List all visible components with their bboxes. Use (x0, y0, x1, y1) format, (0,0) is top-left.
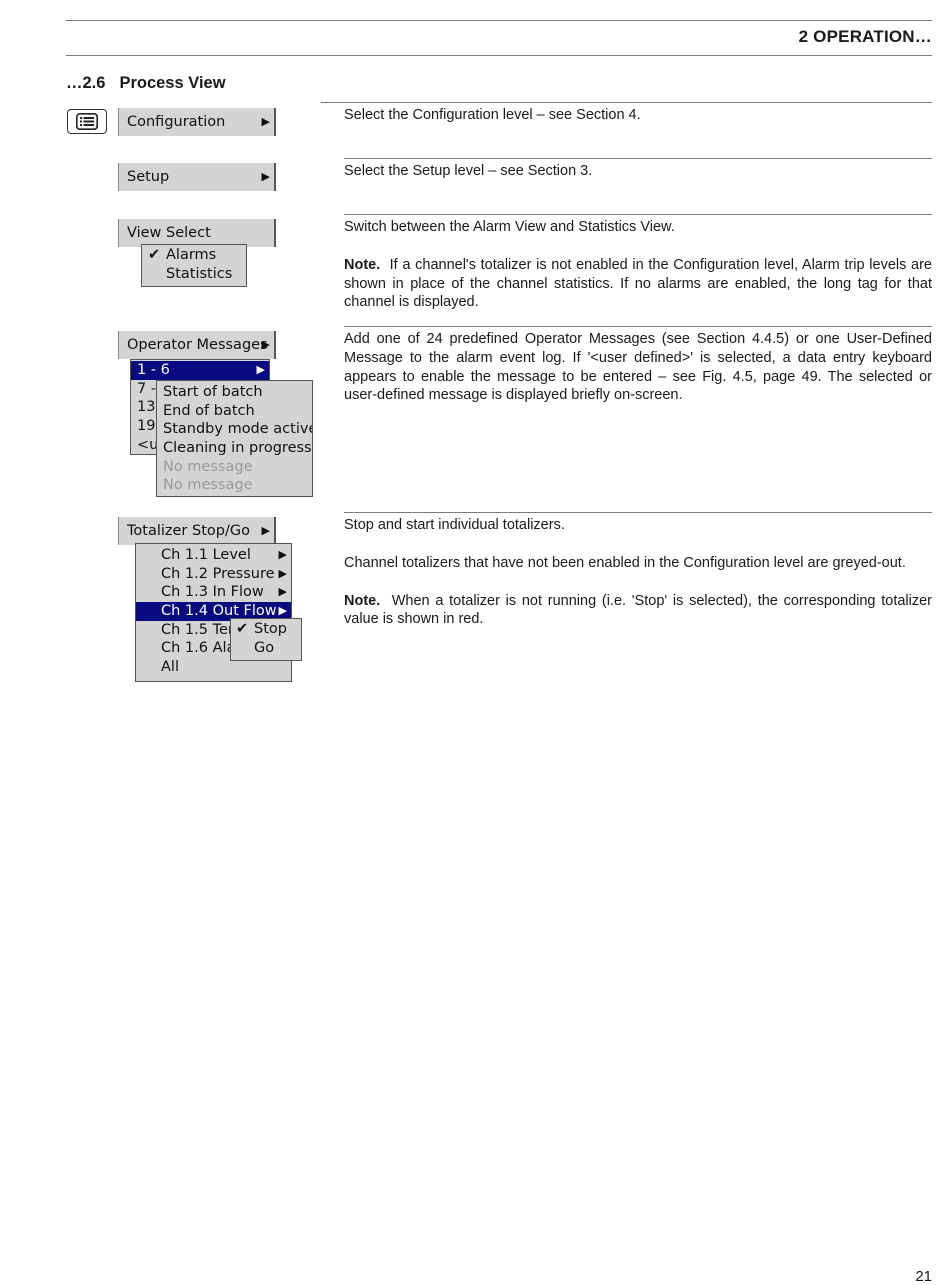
header-top-rule (66, 20, 932, 21)
setup-label: Setup (127, 169, 169, 185)
message-option[interactable]: Start of batch (157, 383, 312, 402)
description-text: Select the Setup level – see Section 3. (344, 162, 932, 181)
channel-option-1-3[interactable]: Ch 1.3 In Flow▶ (136, 583, 291, 602)
message-option-disabled: No message (157, 458, 312, 477)
row-divider (344, 158, 932, 159)
option-label: Stop (254, 621, 287, 637)
description-text: Switch between the Alarm View and Statis… (344, 218, 932, 237)
row-divider (321, 102, 932, 103)
section-name: Process View (119, 74, 225, 92)
description-text: Stop and start individual totalizers. (344, 516, 932, 535)
submenu-arrow-icon: ▶ (262, 108, 270, 136)
range-option-1-6[interactable]: 1 - 6▶ (131, 361, 269, 380)
submenu-arrow-icon: ▶ (262, 163, 270, 191)
totalizer-description: Stop and start individual totalizers. Ch… (344, 516, 932, 648)
option-label: 1 - 6 (137, 362, 170, 378)
submenu-arrow-icon: ▶ (279, 546, 287, 565)
totalizer-channel-submenu: Ch 1.1 Level▶ Ch 1.2 Pressure▶ Ch 1.3 In… (135, 543, 292, 682)
option-label: Go (254, 640, 274, 656)
menu-option-statistics[interactable]: Statistics (142, 265, 246, 284)
setup-menu-item[interactable]: Setup ▶ (118, 163, 276, 191)
option-label: Ch 1.3 In Flow (161, 584, 264, 600)
checkmark-icon: ✔ (236, 620, 254, 639)
section-number: …2.6 (66, 74, 105, 92)
operator-messages-label: Operator Messages (127, 337, 268, 353)
view-select-label: View Select (127, 225, 211, 241)
configuration-description: Select the Configuration level – see Sec… (344, 106, 932, 144)
configuration-menu-item[interactable]: Configuration ▶ (118, 108, 276, 136)
submenu-arrow-icon: ▶ (257, 361, 265, 380)
note: Note. When a totalizer is not running (i… (344, 592, 932, 630)
page-number: 21 (915, 1268, 932, 1285)
message-option[interactable]: End of batch (157, 402, 312, 421)
menu-option-alarms[interactable]: ✔Alarms (142, 246, 246, 265)
option-label: Cleaning in progress (163, 440, 312, 456)
note-label: Note. (344, 593, 380, 609)
submenu-arrow-icon: ▶ (279, 565, 287, 584)
totalizer-label: Totalizer Stop/Go (127, 523, 250, 539)
description-text: Channel totalizers that have not been en… (344, 554, 932, 573)
note-text: If a channel's totalizer is not enabled … (344, 257, 932, 311)
submenu-arrow-icon: ▶ (262, 517, 270, 545)
option-go[interactable]: Go (231, 639, 301, 658)
message-option[interactable]: Cleaning in progress (157, 439, 312, 458)
option-label: Statistics (166, 266, 232, 282)
submenu-arrow-icon: ▶ (279, 583, 287, 602)
operator-messages-description: Add one of 24 predefined Operator Messag… (344, 330, 932, 424)
option-label: Alarms (166, 247, 216, 263)
note-text: When a totalizer is not running (i.e. 'S… (344, 593, 932, 628)
operator-messages-list-submenu: Start of batch End of batch Standby mode… (156, 380, 313, 497)
row-divider (344, 512, 932, 513)
note: Note. If a channel's totalizer is not en… (344, 256, 932, 312)
operator-messages-menu-item[interactable]: Operator Messages ▶ (118, 331, 276, 359)
option-label: Ch 1.2 Pressure (161, 566, 275, 582)
view-select-menu-item[interactable]: View Select (118, 219, 276, 247)
channel-option-1-2[interactable]: Ch 1.2 Pressure▶ (136, 565, 291, 584)
row-divider (344, 214, 932, 215)
option-label: All (161, 659, 179, 675)
header-bottom-rule (66, 55, 932, 56)
totalizer-stop-go-menu-item[interactable]: Totalizer Stop/Go ▶ (118, 517, 276, 545)
option-stop[interactable]: ✔Stop (231, 620, 301, 639)
option-label: Ch 1.1 Level (161, 547, 251, 563)
option-label: Start of batch (163, 384, 263, 400)
note-label: Note. (344, 257, 380, 273)
setup-description: Select the Setup level – see Section 3. (344, 162, 932, 200)
submenu-arrow-icon: ▶ (262, 331, 270, 359)
view-select-submenu: ✔Alarms Statistics (141, 244, 247, 287)
view-select-description: Switch between the Alarm View and Statis… (344, 218, 932, 331)
chapter-heading: 2 OPERATION… (799, 27, 932, 47)
message-option-disabled: No message (157, 476, 312, 495)
option-label: No message (163, 477, 253, 493)
option-label: No message (163, 459, 253, 475)
channel-option-1-1[interactable]: Ch 1.1 Level▶ (136, 546, 291, 565)
totalizer-stop-go-submenu: ✔Stop Go (230, 618, 302, 661)
row-divider (344, 326, 932, 327)
menu-key-button[interactable] (67, 109, 107, 134)
menu-list-icon (76, 113, 98, 130)
option-label: Standby mode active (163, 421, 312, 437)
option-label: End of batch (163, 403, 255, 419)
section-title: …2.6Process View (66, 74, 226, 93)
description-text: Add one of 24 predefined Operator Messag… (344, 330, 932, 405)
configuration-label: Configuration (127, 114, 225, 130)
checkmark-icon: ✔ (148, 246, 166, 265)
description-text: Select the Configuration level – see Sec… (344, 106, 932, 125)
message-option[interactable]: Standby mode active (157, 420, 312, 439)
option-label: Ch 1.4 Out Flow (161, 603, 277, 619)
